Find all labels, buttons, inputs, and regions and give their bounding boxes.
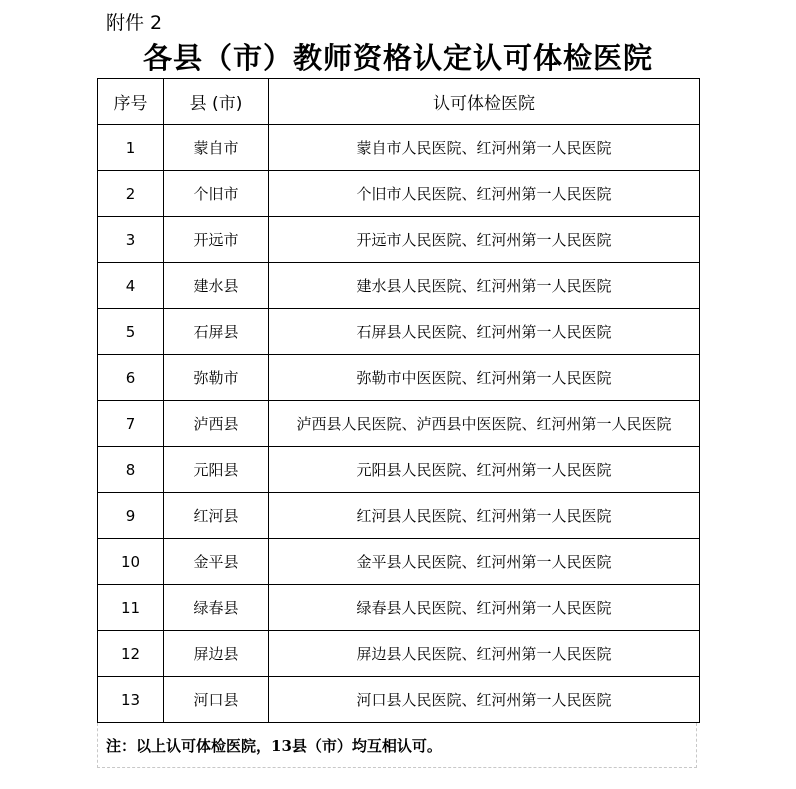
hospital-list: 石屏县人民医院、红河州第一人民医院 [269,309,700,355]
table-header-row: 序号 县 (市) 认可体检医院 [98,79,700,125]
column-header-number: 序号 [98,79,164,125]
hospital-list: 河口县人民医院、红河州第一人民医院 [269,677,700,723]
row-number: 7 [98,401,164,447]
row-number: 4 [98,263,164,309]
county-name: 元阳县 [164,447,269,493]
county-name: 弥勒市 [164,355,269,401]
table-row: 9红河县红河县人民医院、红河州第一人民医院 [98,493,700,539]
hospital-list: 泸西县人民医院、泸西县中医医院、红河州第一人民医院 [269,401,700,447]
row-number: 2 [98,171,164,217]
county-name: 石屏县 [164,309,269,355]
hospital-list: 屏边县人民医院、红河州第一人民医院 [269,631,700,677]
table-row: 11绿春县绿春县人民医院、红河州第一人民医院 [98,585,700,631]
hospital-list: 元阳县人民医院、红河州第一人民医院 [269,447,700,493]
document-title: 各县（市）教师资格认定认可体检医院 [0,36,796,77]
row-number: 9 [98,493,164,539]
column-header-county: 县 (市) [164,79,269,125]
hospital-list: 绿春县人民医院、红河州第一人民医院 [269,585,700,631]
table-row: 12屏边县屏边县人民医院、红河州第一人民医院 [98,631,700,677]
footnote: 注：以上认可体检医院，13县（市）均互相认可。 [106,735,442,756]
table-row: 3开远市开远市人民医院、红河州第一人民医院 [98,217,700,263]
county-name: 个旧市 [164,171,269,217]
hospital-list: 金平县人民医院、红河州第一人民医院 [269,539,700,585]
row-number: 6 [98,355,164,401]
county-name: 蒙自市 [164,125,269,171]
table-row: 10金平县金平县人民医院、红河州第一人民医院 [98,539,700,585]
county-name: 金平县 [164,539,269,585]
column-header-hospitals: 认可体检医院 [269,79,700,125]
table-row: 13河口县河口县人民医院、红河州第一人民医院 [98,677,700,723]
hospital-list: 开远市人民医院、红河州第一人民医院 [269,217,700,263]
hospital-list: 蒙自市人民医院、红河州第一人民医院 [269,125,700,171]
table-row: 7泸西县泸西县人民医院、泸西县中医医院、红河州第一人民医院 [98,401,700,447]
county-name: 开远市 [164,217,269,263]
hospital-list: 建水县人民医院、红河州第一人民医院 [269,263,700,309]
table-row: 5石屏县石屏县人民医院、红河州第一人民医院 [98,309,700,355]
row-number: 3 [98,217,164,263]
table-row: 6弥勒市弥勒市中医医院、红河州第一人民医院 [98,355,700,401]
county-name: 河口县 [164,677,269,723]
table-row: 2个旧市个旧市人民医院、红河州第一人民医院 [98,171,700,217]
table-row: 4建水县建水县人民医院、红河州第一人民医院 [98,263,700,309]
table-row: 8元阳县元阳县人民医院、红河州第一人民医院 [98,447,700,493]
row-number: 12 [98,631,164,677]
row-number: 11 [98,585,164,631]
row-number: 10 [98,539,164,585]
hospital-list: 弥勒市中医医院、红河州第一人民医院 [269,355,700,401]
attachment-label: 附件 2 [106,8,162,35]
note-box: 注：以上认可体检医院，13县（市）均互相认可。 [97,723,697,768]
row-number: 1 [98,125,164,171]
hospital-table: 序号 县 (市) 认可体检医院 1蒙自市蒙自市人民医院、红河州第一人民医院 2个… [97,78,700,723]
table-row: 1蒙自市蒙自市人民医院、红河州第一人民医院 [98,125,700,171]
row-number: 8 [98,447,164,493]
county-name: 屏边县 [164,631,269,677]
county-name: 建水县 [164,263,269,309]
county-name: 红河县 [164,493,269,539]
county-name: 泸西县 [164,401,269,447]
row-number: 13 [98,677,164,723]
row-number: 5 [98,309,164,355]
hospital-list: 红河县人民医院、红河州第一人民医院 [269,493,700,539]
county-name: 绿春县 [164,585,269,631]
hospital-list: 个旧市人民医院、红河州第一人民医院 [269,171,700,217]
